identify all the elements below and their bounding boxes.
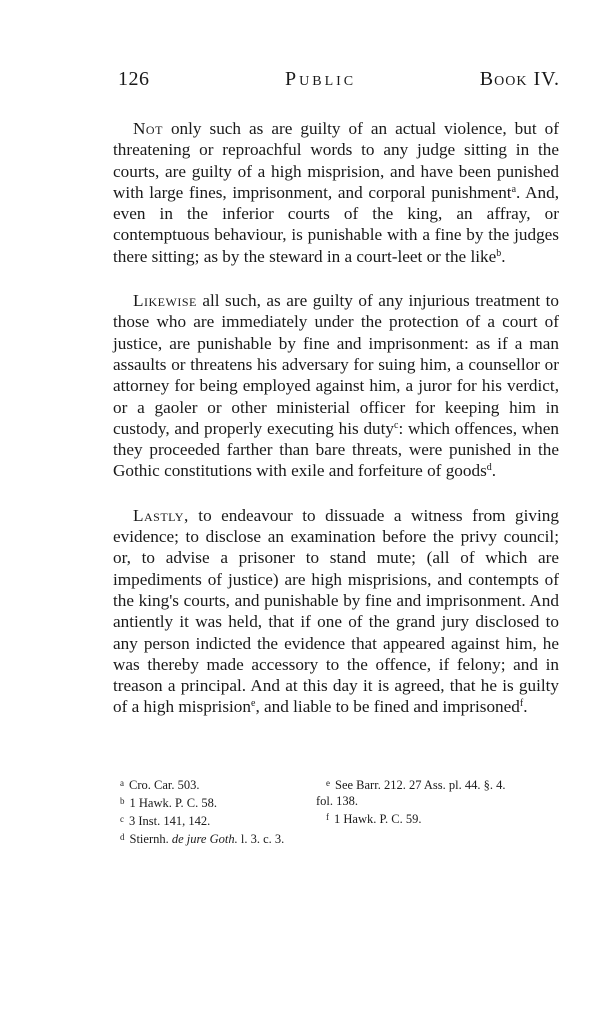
footnote-c: c3 Inst. 141, 142. [120,811,320,829]
paragraph-text: . [492,461,496,480]
footnote-text: Cro. Car. 503. [129,778,199,792]
footnote-f: f1 Hawk. P. C. 59. [326,809,566,827]
paragraph-lead: Lastly, [133,506,189,525]
page-number: 126 [118,68,150,91]
paragraph-not-only: Not only such as are guilty of an actual… [113,118,559,267]
footnote-text: See Barr. 212. 27 Ass. pl. 44. §. 4. [335,778,505,792]
paragraph-text: , and liable to be fined and imprisoned [255,697,519,716]
paragraph-text: only such as are guilty of an actual vio… [113,119,559,202]
footnote-mark: f [326,812,329,822]
footnote-mark: c [120,814,124,824]
paragraph-text: . [501,247,505,266]
running-title: Public [285,68,356,91]
paragraph-lead: Likewise [133,291,197,310]
paragraph-text: all such, as are guilty of any injurious… [113,291,559,438]
page-header: 126 Public Book IV. [118,68,560,94]
footnote-e: eSee Barr. 212. 27 Ass. pl. 44. §. 4. [326,775,566,793]
book-label: Book IV. [480,68,560,91]
footnote-text: 1 Hawk. P. C. 59. [334,812,422,826]
paragraph-likewise: Likewise all such, as are guilty of any … [113,290,559,482]
paragraph-lead: Not [133,119,163,138]
footnote-d: dStiernh. de jure Goth. l. 3. c. 3. [120,829,320,847]
footnote-mark: b [120,796,125,806]
paragraph-lastly: Lastly, to endeavour to dissuade a witne… [113,505,559,718]
footnotes-left-column: aCro. Car. 503. b1 Hawk. P. C. 58. c3 In… [120,775,320,847]
paragraph-text: to endeavour to dissuade a witness from … [113,506,559,717]
footnote-mark: d [120,832,125,842]
footnote-mark: a [120,778,124,788]
footnote-text: 1 Hawk. P. C. 58. [130,796,218,810]
footnote-e-continuation: fol. 138. [316,793,566,809]
footnote-a: aCro. Car. 503. [120,775,320,793]
footnote-mark: e [326,778,330,788]
paragraph-text: . [523,697,527,716]
footnote-b: b1 Hawk. P. C. 58. [120,793,320,811]
body-text: Not only such as are guilty of an actual… [113,118,559,741]
footnotes-right-column: eSee Barr. 212. 27 Ass. pl. 44. §. 4. fo… [326,775,566,827]
footnote-italic-title: de jure Goth. [172,832,238,846]
footnote-text: Stiernh. [130,832,172,846]
footnote-text: fol. 138. [316,794,358,808]
footnote-text: l. 3. c. 3. [238,832,285,846]
footnote-text: 3 Inst. 141, 142. [129,814,210,828]
book-page: 126 Public Book IV. Not only such as are… [0,0,600,1013]
